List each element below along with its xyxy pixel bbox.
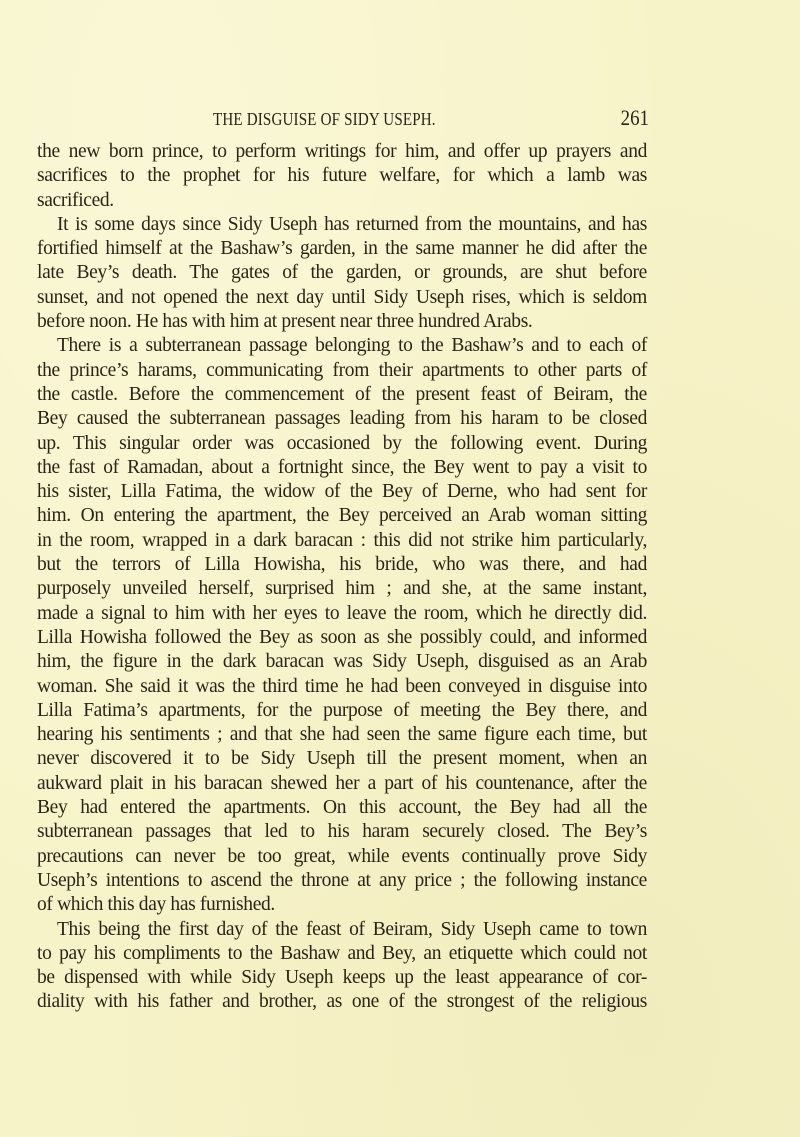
text-line: This being the first day of the feast of… <box>37 918 647 942</box>
text-line: Lilla Howisha followed the Bey as soon a… <box>37 626 647 650</box>
text-line: Lilla Fatima’s apartments, for the purpo… <box>37 699 647 723</box>
text-line: him. On entering the apartment, the Bey … <box>37 504 647 528</box>
text-line: him, the figure in the dark baracan was … <box>37 650 647 674</box>
text-line: up. This singular order was occasioned b… <box>37 432 647 456</box>
text-line: There is a subterranean passage belongin… <box>37 334 647 358</box>
text-line: to pay his compliments to the Bashaw and… <box>37 942 647 966</box>
paragraph: It is some days since Sidy Useph has ret… <box>37 213 647 334</box>
running-head: THE DISGUISE OF SIDY USEPH. 261 <box>37 109 647 133</box>
text-line: made a signal to him with her eyes to le… <box>37 602 647 626</box>
body-text: the new born prince, to perform writings… <box>37 140 647 1015</box>
text-line: Bey had entered the apartments. On this … <box>37 796 647 820</box>
paragraph: the new born prince, to perform writings… <box>37 140 647 213</box>
text-line: late Bey’s death. The gates of the garde… <box>37 261 647 285</box>
text-line: sunset, and not opened the next day unti… <box>37 286 647 310</box>
text-line: subterranean passages that led to his ha… <box>37 820 647 844</box>
text-line: be dispensed with while Sidy Useph keeps… <box>37 966 647 990</box>
text-line: the fast of Ramadan, about a fortnight s… <box>37 456 647 480</box>
text-line: fortified himself at the Bashaw’s garden… <box>37 237 647 261</box>
page-number: 261 <box>621 105 649 131</box>
paragraph: There is a subterranean passage belongin… <box>37 334 647 917</box>
text-line: Bey caused the subterranean passages lea… <box>37 407 647 431</box>
text-line: the new born prince, to perform writings… <box>37 140 647 164</box>
text-line: his sister, Lilla Fatima, the widow of t… <box>37 480 647 504</box>
text-line: It is some days since Sidy Useph has ret… <box>37 213 647 237</box>
text-line: aukward plait in his baracan shewed her … <box>37 772 647 796</box>
text-line: before noon. He has with him at present … <box>37 310 647 334</box>
text-line: of which this day has furnished. <box>37 893 647 917</box>
text-line: Useph’s intentions to ascend the throne … <box>37 869 647 893</box>
text-line: woman. She said it was the third time he… <box>37 675 647 699</box>
text-line: diality with his father and brother, as … <box>37 990 647 1014</box>
text-line: but the terrors of Lilla Howisha, his br… <box>37 553 647 577</box>
text-line: sacrificed. <box>37 189 647 213</box>
text-line: the castle. Before the commencement of t… <box>37 383 647 407</box>
text-line: in the room, wrapped in a dark baracan :… <box>37 529 647 553</box>
text-line: never discovered it to be Sidy Useph til… <box>37 747 647 771</box>
running-title: THE DISGUISE OF SIDY USEPH. <box>213 109 436 130</box>
text-line: hearing his sentiments ; and that she ha… <box>37 723 647 747</box>
text-line: the prince’s harams, communicating from … <box>37 359 647 383</box>
text-line: precautions can never be too great, whil… <box>37 845 647 869</box>
paragraph: This being the first day of the feast of… <box>37 918 647 1015</box>
text-line: purposely unveiled herself, surprised hi… <box>37 577 647 601</box>
text-line: sacrifices to the prophet for his future… <box>37 164 647 188</box>
